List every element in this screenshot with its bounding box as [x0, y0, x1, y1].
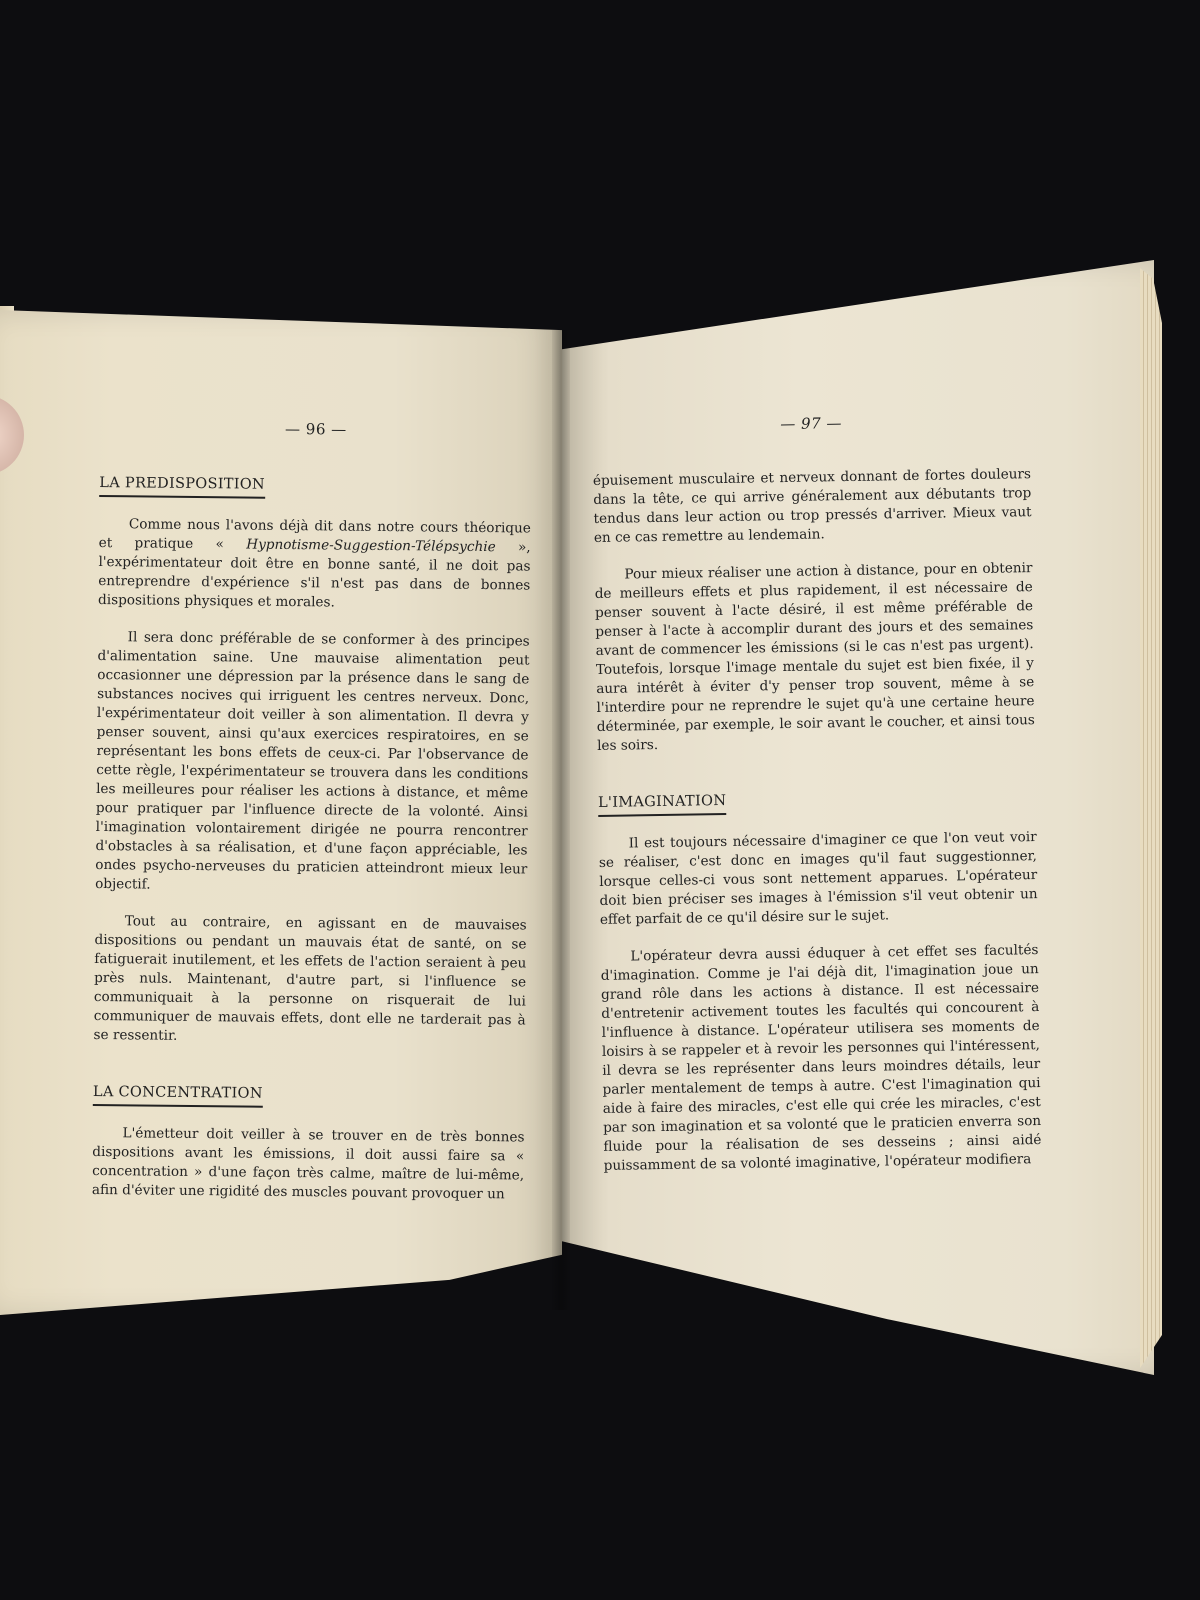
section-predisposition: LA PREDISPOSITION Comme nous l'avons déj… — [93, 472, 531, 1049]
right-page-text: — 97 — épuisement musculaire et nerveux … — [592, 411, 1042, 1194]
paragraph: Tout au contraire, en agissant en de mau… — [93, 912, 526, 1050]
paragraph: épuisement musculaire et nerveux donnant… — [593, 465, 1032, 548]
section-heading: LA CONCENTRATION — [93, 1084, 263, 1108]
section-imagination: L'IMAGINATION Il est toujours nécessaire… — [598, 785, 1042, 1176]
book-gutter — [552, 330, 570, 1310]
section-concentration: LA CONCENTRATION L'émetteur doit veiller… — [92, 1081, 525, 1205]
paragraph: Il sera donc préférable de se conformer … — [95, 628, 530, 899]
paragraph: Il est toujours nécessaire d'imaginer ce… — [599, 828, 1038, 930]
paragraph: Pour mieux réaliser une action à distanc… — [594, 559, 1035, 756]
right-page-stack — [1140, 268, 1162, 1368]
paragraph: L'opérateur devra aussi éduquer à cet ef… — [600, 941, 1042, 1176]
section-heading: L'IMAGINATION — [598, 793, 727, 817]
open-book: — 96 — LA PREDISPOSITION Comme nous l'av… — [0, 0, 1200, 1600]
course-title: Hypnotisme-Suggestion-Télépsychie — [246, 537, 496, 556]
left-page-text: — 96 — LA PREDISPOSITION Comme nous l'av… — [92, 418, 532, 1222]
paragraph: Comme nous l'avons déjà dit dans notre c… — [98, 515, 531, 615]
paragraph: L'émetteur doit veiller à se trouver en … — [92, 1124, 525, 1205]
page-number-left: — 96 — — [100, 418, 532, 441]
section-heading: LA PREDISPOSITION — [99, 475, 265, 499]
